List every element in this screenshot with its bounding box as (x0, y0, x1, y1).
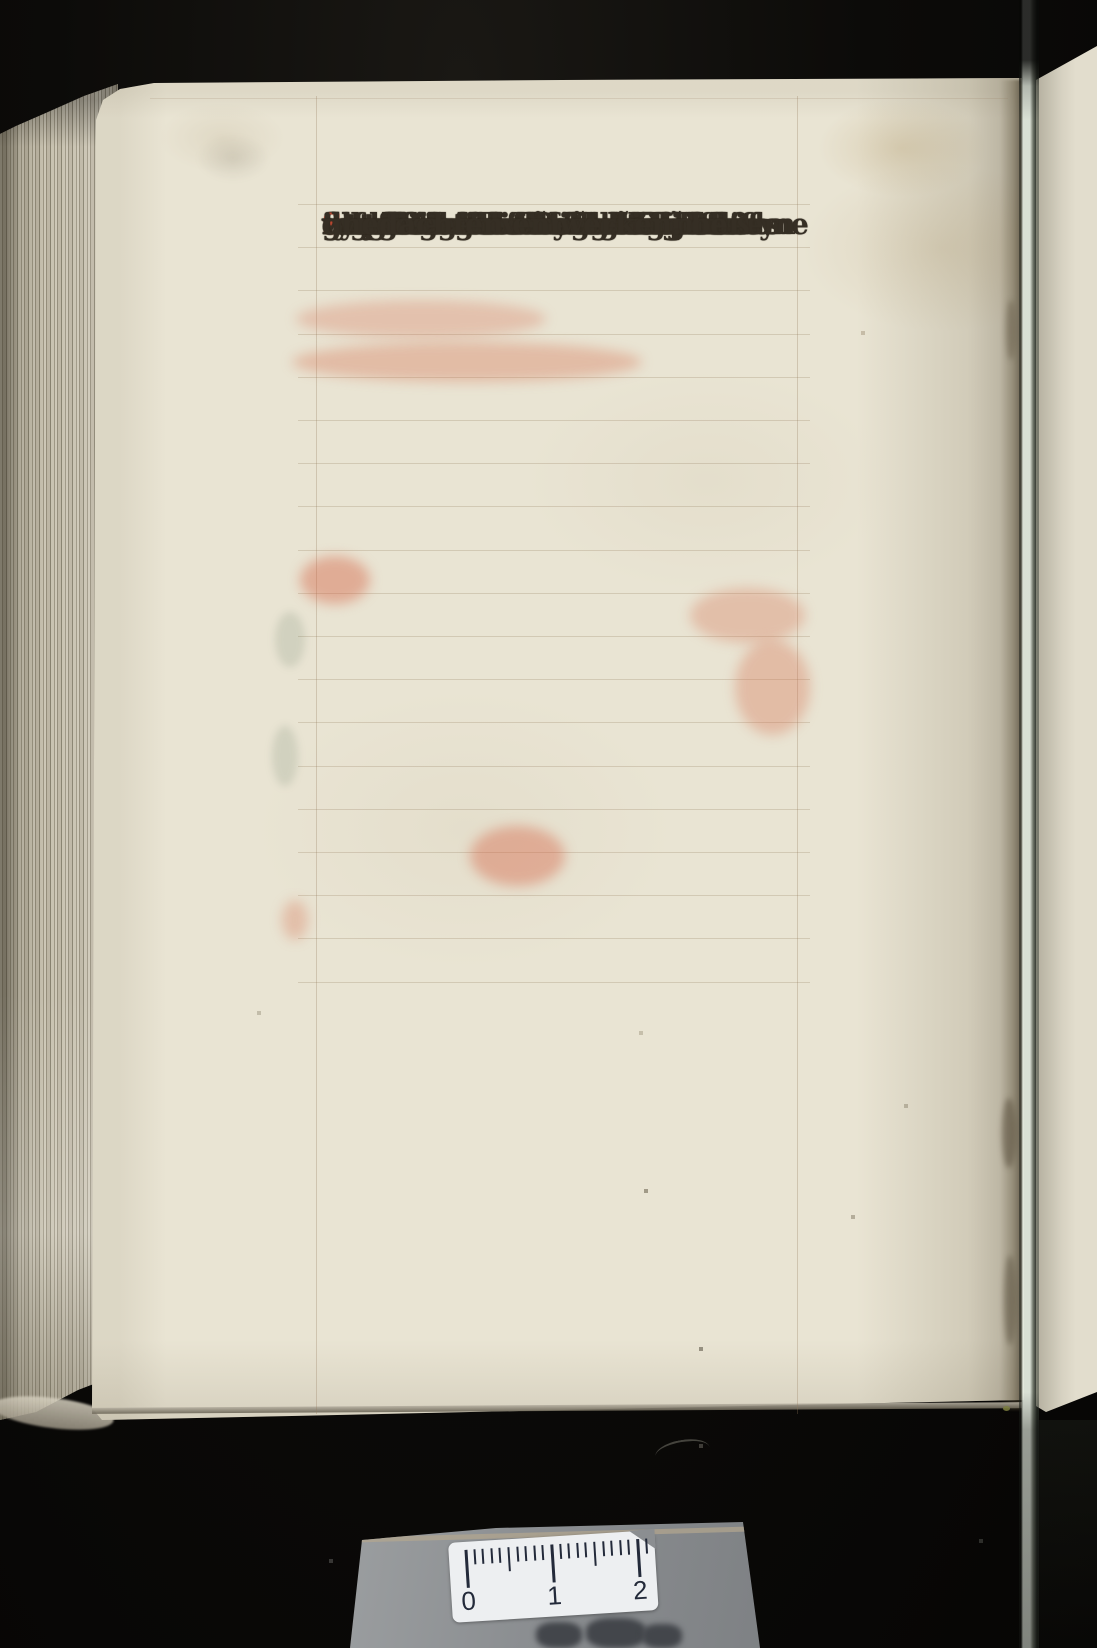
red-offset-stain (292, 342, 642, 382)
ruling-horizontal (298, 982, 810, 983)
red-offset-stain (296, 300, 546, 338)
gray-smear (275, 612, 305, 667)
page-corner-speck (1003, 1406, 1010, 1411)
ruler-tick (636, 1539, 641, 1577)
ruling-horizontal (298, 679, 810, 680)
red-offset-stain (735, 640, 810, 735)
ruler-tick (593, 1542, 597, 1566)
ruler-tick (550, 1544, 555, 1582)
glass-reflection-shade (1039, 1420, 1097, 1648)
ruler-tick (628, 1540, 631, 1555)
ruling-vertical-left (316, 96, 317, 1414)
card-shadow-mark (642, 1624, 682, 1648)
ruling-horizontal (298, 290, 810, 291)
red-offset-stain (300, 556, 370, 604)
dust-hair (653, 1435, 711, 1468)
gray-smear (272, 726, 298, 786)
red-offset-stain (690, 588, 805, 643)
ruler-tick (602, 1541, 605, 1556)
card-shadow-mark (586, 1618, 646, 1648)
card-shadow-mark (536, 1622, 582, 1648)
ruler-tick (585, 1542, 588, 1557)
ruling-horizontal (298, 809, 810, 810)
ruler-tick (473, 1549, 476, 1564)
red-offset-stain (470, 826, 565, 886)
ruler-tick (542, 1545, 545, 1560)
ruler-tick (533, 1546, 536, 1561)
ruler-label-0: 0 (461, 1585, 477, 1617)
gutter-stain (1006, 300, 1016, 360)
ruler-tick (610, 1541, 613, 1556)
ruling-horizontal (298, 938, 810, 939)
ruler-tick (559, 1544, 562, 1559)
gutter-stain (1002, 1098, 1016, 1168)
ruler-tick (619, 1540, 622, 1555)
ruler-label-2: 2 (632, 1575, 648, 1607)
ruling-horizontal (298, 550, 810, 551)
ruler-tick (525, 1546, 528, 1561)
ruler-tick (645, 1539, 648, 1554)
gutter-stain (1004, 1255, 1016, 1345)
dust-specks (0, 0, 2, 2)
ruling-horizontal (298, 766, 810, 767)
photo-canvas: ſyns bitteren doots dat menſchelike gheſ… (0, 0, 1097, 1648)
ruler-tick (499, 1548, 502, 1563)
ruling-horizontal (298, 895, 810, 896)
erased-mark-smudge (196, 134, 270, 182)
ruler-tick (482, 1549, 485, 1564)
ruler-sticker: 0 1 2 (448, 1530, 659, 1623)
ruler-tick (464, 1550, 469, 1588)
glass-plate-edge (1019, 0, 1039, 1648)
ruling-horizontal (298, 722, 810, 723)
ruler-tick (576, 1543, 579, 1558)
ruling-horizontal (298, 420, 810, 421)
ruler-tick (567, 1543, 570, 1558)
red-offset-stain (282, 900, 308, 940)
ruling-vertical-right (797, 96, 798, 1414)
ruler-label-1: 1 (546, 1580, 562, 1612)
ruler-tick (516, 1547, 519, 1562)
ruling-horizontal (298, 463, 810, 464)
ruling-horizontal-top (150, 98, 1008, 99)
facing-page-edge (1036, 46, 1097, 1418)
ruling-horizontal (298, 506, 810, 507)
manuscript-page (92, 78, 1024, 1420)
ruler-tick (490, 1548, 493, 1563)
ruler-tick (507, 1547, 511, 1571)
